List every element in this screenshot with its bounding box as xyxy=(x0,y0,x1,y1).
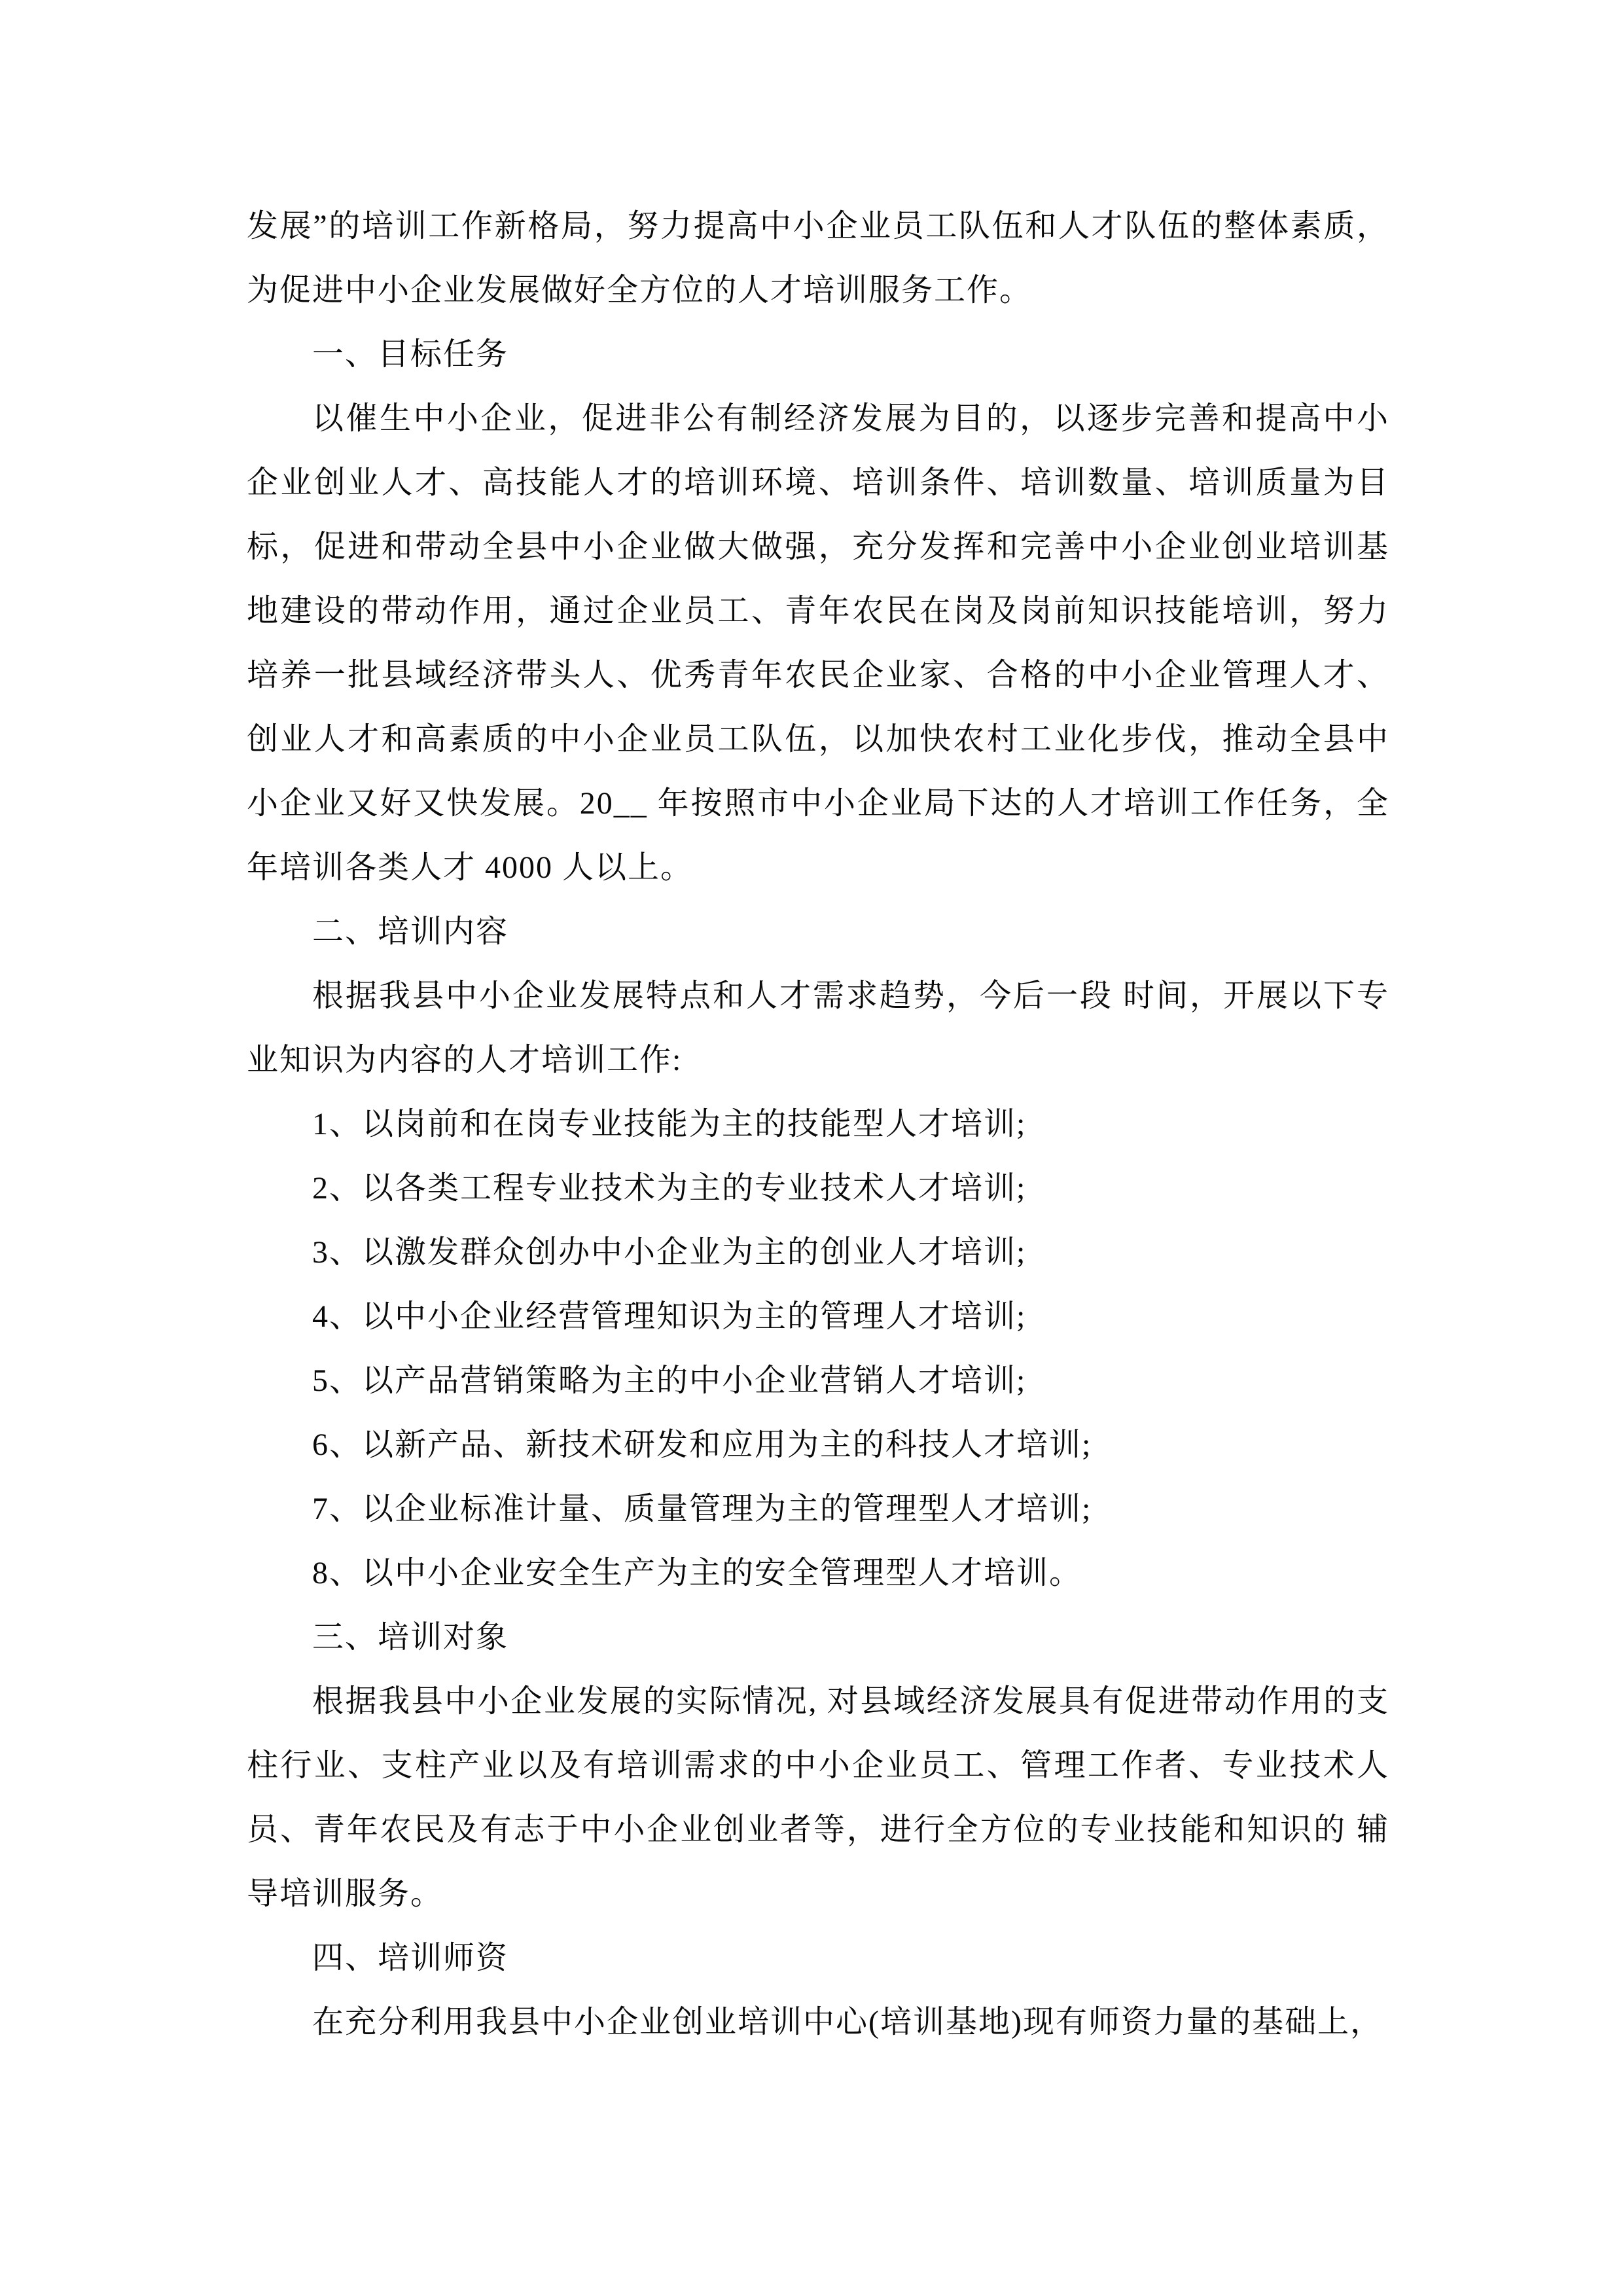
paragraph-list-item: 2、以各类工程专业技术为主的专业技术人才培训; xyxy=(247,1157,1389,1221)
paragraph-list-item: 7、以企业标准计量、质量管理为主的管理型人才培训; xyxy=(247,1477,1389,1541)
paragraph-body: 在充分利用我县中小企业创业培训中心(培训基地)现有师资力量的基础上， xyxy=(247,1990,1389,2054)
paragraph-heading: 一、目标任务 xyxy=(247,323,1389,387)
paragraph-list-item: 3、以激发群众创办中小企业为主的创业人才培训; xyxy=(247,1221,1389,1285)
paragraph-heading: 二、培训内容 xyxy=(247,900,1389,964)
paragraph-list-item: 8、以中小企业安全生产为主的安全管理型人才培训。 xyxy=(247,1541,1389,1605)
document-page: 发展”的培训工作新格局，努力提高中小企业员工队伍和人才队伍的整体素质，为促进中小… xyxy=(0,0,1623,2296)
paragraph-list-item: 6、以新产品、新技术研发和应用为主的科技人才培训; xyxy=(247,1413,1389,1477)
paragraph-body: 以催生中小企业，促进非公有制经济发展为目的，以逐步完善和提高中小企业创业人才、高… xyxy=(247,387,1389,900)
paragraph-list-item: 1、以岗前和在岗专业技能为主的技能型人才培训; xyxy=(247,1092,1389,1157)
paragraph-list-item: 4、以中小企业经营管理知识为主的管理人才培训; xyxy=(247,1285,1389,1349)
paragraph-heading: 四、培训师资 xyxy=(247,1926,1389,1990)
paragraph-body: 根据我县中小企业发展的实际情况, 对县域经济发展具有促进带动作用的支柱行业、支柱… xyxy=(247,1670,1389,1926)
paragraph-body: 根据我县中小企业发展特点和人才需求趋势，今后一段 时间，开展以下专业知识为内容的… xyxy=(247,964,1389,1092)
paragraph-list-item: 5、以产品营销策略为主的中小企业营销人才培训; xyxy=(247,1349,1389,1413)
document-body: 发展”的培训工作新格局，努力提高中小企业员工队伍和人才队伍的整体素质，为促进中小… xyxy=(247,194,1389,2054)
paragraph-heading: 三、培训对象 xyxy=(247,1605,1389,1670)
paragraph-body-continuation: 发展”的培训工作新格局，努力提高中小企业员工队伍和人才队伍的整体素质，为促进中小… xyxy=(247,194,1389,323)
